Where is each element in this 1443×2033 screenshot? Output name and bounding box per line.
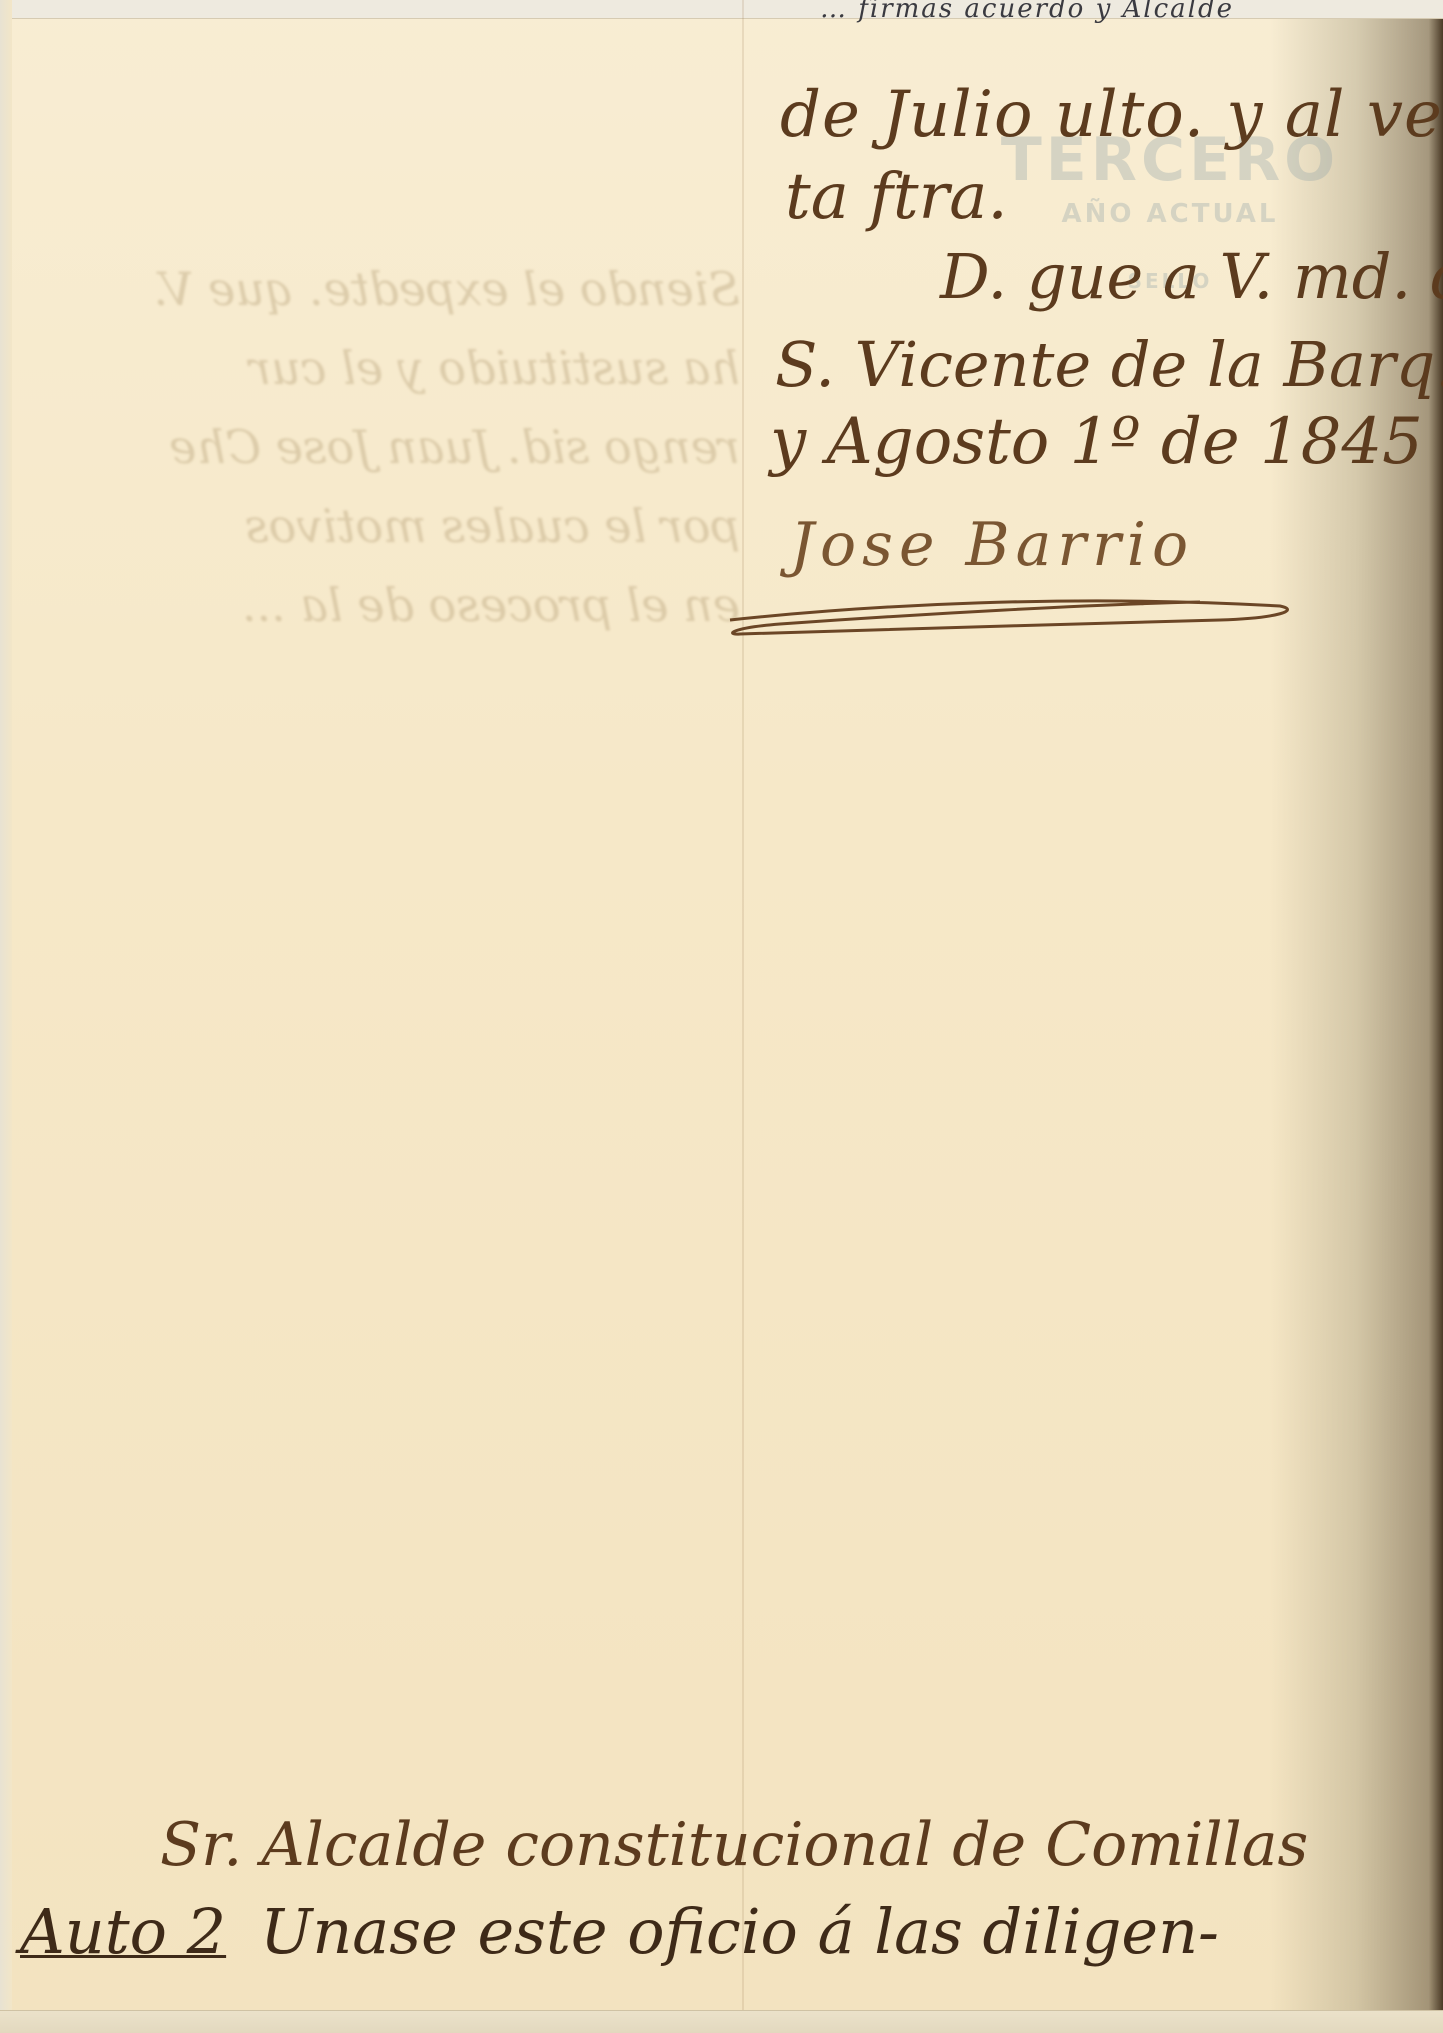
bleed-line: rengo sid. Juan Jose Che: [30, 408, 740, 487]
fold-line: [742, 0, 744, 2033]
place-name: S. Vicente de la Barq.: [775, 328, 1443, 401]
manuscript-page: … firmas acuerdo y Alcalde TERCERO AÑO A…: [0, 0, 1443, 2033]
date-line: y Agosto 1º de 1845: [770, 405, 1423, 479]
bleed-through-text: Siendo el expedte. que V. ha sustituido …: [30, 250, 740, 645]
text-line-2: ta ftra.: [785, 160, 1008, 234]
text-line-4: S. Vicente de la Barq.da: [775, 320, 1443, 401]
bleed-line: por le cuales motivos: [30, 487, 740, 566]
marginal-note-line: Auto 2Unase este oficio á las diligen-: [20, 1895, 1219, 1968]
auto-reference: Auto 2: [20, 1895, 226, 1968]
text-line-1: de Julio ulto. y al veci: [780, 78, 1443, 152]
signature: Jose Barrio: [790, 510, 1194, 580]
bleed-line: en el proceso de la ...: [30, 566, 740, 645]
addressee-line: Sr. Alcalde constitucional de Comillas: [160, 1810, 1308, 1880]
signature-rubric-flourish: [720, 580, 1305, 638]
left-page-edge: [0, 0, 12, 2033]
bleed-line: ha sustituido y el cur: [30, 329, 740, 408]
bleed-line: Siendo el expedte. que V.: [30, 250, 740, 329]
previous-page-edge: … firmas acuerdo y Alcalde: [0, 0, 1443, 19]
action-text: Unase este oficio á las diligen-: [260, 1895, 1219, 1968]
text-line-3: D. gue a V. md. d.: [940, 240, 1443, 313]
bottom-page-edge: [0, 2010, 1443, 2033]
previous-page-text: … firmas acuerdo y Alcalde: [820, 0, 1234, 24]
